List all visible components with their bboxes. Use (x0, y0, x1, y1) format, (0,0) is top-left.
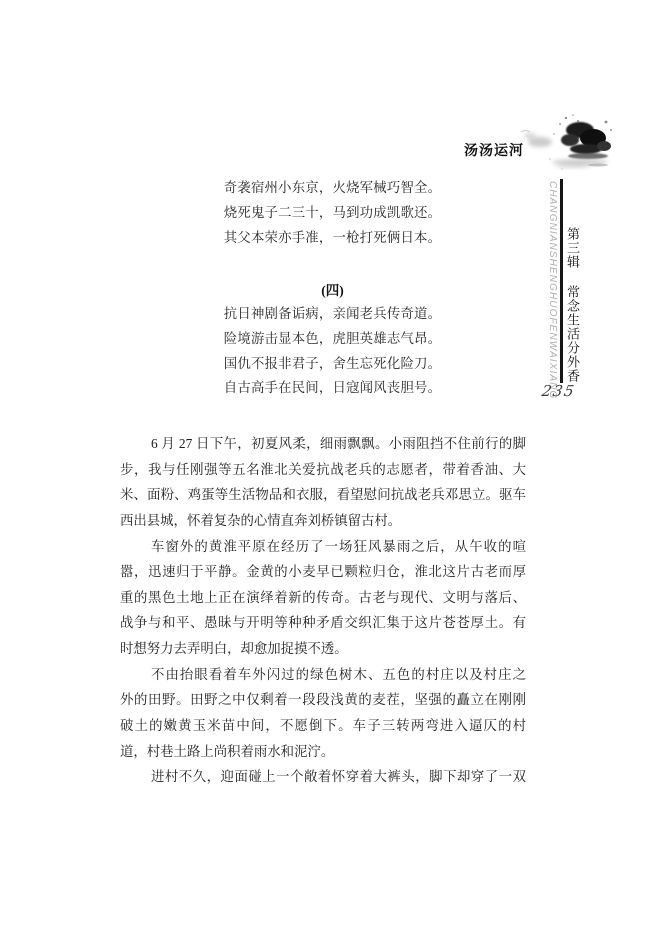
poem-line: 抗日神剧备诟病，亲闻老兵传奇道。 (0, 302, 665, 327)
ink-wash-art-icon (518, 112, 620, 174)
paragraph: 6 月 27 日下午，初夏风柔，细雨飘飘。小雨阻挡不住前行的脚 步，我与任刚强等… (120, 431, 526, 534)
body-line: 重的黑色土地上正在演绎着新的传奇。古老与现代、文明与落后、 (120, 585, 526, 611)
body-line: 米、面粉、鸡蛋等生活物品和衣服，看望慰问抗战老兵邓思立。驱车 (120, 482, 526, 508)
book-page: 汤汤运河 CHANGNIANSHENGHUOFENWAIXIANG (0, 0, 665, 929)
body-line: 不由抬眼看着车外闪过的绿色树木、五色的村庄以及村庄之 (120, 662, 526, 688)
poem-line: 奇袭宿州小东京，火烧军械巧智全。 (0, 176, 665, 201)
body-line: 6 月 27 日下午，初夏风柔，细雨飘飘。小雨阻挡不住前行的脚 (120, 431, 526, 457)
poem-section-label: (四) (0, 279, 665, 299)
body-line: 进村不久，迎面碰上一个敞着怀穿着大裤头，脚下却穿了一双 (120, 764, 526, 790)
paragraph: 车窗外的黄淮平原在经历了一场狂风暴雨之后，从午收的喧 嚣，迅速归于平静。金黄的小… (120, 534, 526, 662)
body-line: 嚣，迅速归于平静。金黄的小麦早已颗粒归仓，淮北这片古老而厚 (120, 559, 526, 585)
body-line: 战争与和平、愚昧与开明等种种矛盾交织汇集于这片苍苍厚土。有 (120, 610, 526, 636)
body-line: 车窗外的黄淮平原在经历了一场狂风暴雨之后，从午收的喧 (120, 534, 526, 560)
poem-stanza-2: 抗日神剧备诟病，亲闻老兵传奇道。 险境游击显本色，虎胆英雄志气昂。 国仇不报非君… (0, 302, 665, 401)
body-line: 西出县城，怀着复杂的心情直奔刘桥镇留古村。 (120, 508, 526, 534)
body-line: 步，我与任刚强等五名淮北关爱抗战老兵的志愿者，带着香油、大 (120, 457, 526, 483)
poem-stanza-1: 奇袭宿州小东京，火烧军械巧智全。 烧死鬼子二三十，马到功成凯歌还。 其父本荣亦手… (0, 176, 665, 250)
paragraph: 不由抬眼看着车外闪过的绿色树木、五色的村庄以及村庄之 外的田野。田野之中仅剩着一… (120, 662, 526, 765)
running-head-book-title: 汤汤运河 (464, 140, 524, 160)
body-line: 道，村巷土路上尚积着雨水和泥泞。 (120, 739, 526, 765)
paragraph: 进村不久，迎面碰上一个敞着怀穿着大裤头，脚下却穿了一双 (120, 764, 526, 790)
poem-line: 烧死鬼子二三十，马到功成凯歌还。 (0, 201, 665, 226)
poem-line: 自古高手在民间，日寇闻风丧胆号。 (0, 376, 665, 401)
poem-line: 险境游击显本色，虎胆英雄志气昂。 (0, 327, 665, 352)
body-line: 外的田野。田野之中仅剩着一段段浅黄的麦茬，坚强的矗立在刚刚 (120, 687, 526, 713)
body-text: 6 月 27 日下午，初夏风柔，细雨飘飘。小雨阻挡不住前行的脚 步，我与任刚强等… (120, 431, 526, 790)
body-line: 破土的嫩黄玉米苗中间，不愿倒下。车子三转两弯进入逼仄的村 (120, 713, 526, 739)
poem-line: 其父本荣亦手准，一枪打死俩日本。 (0, 226, 665, 251)
poem-line: 国仇不报非君子，舍生忘死化险刀。 (0, 352, 665, 377)
body-line: 时想努力去弄明白，却愈加捉摸不透。 (120, 636, 526, 662)
